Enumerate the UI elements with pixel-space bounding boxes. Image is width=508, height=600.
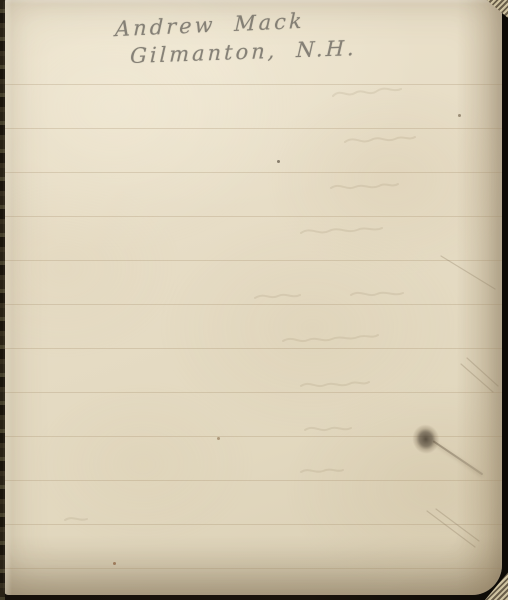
notebook-page: Andrew Mack Gilmanton, N.H.: [3, 0, 502, 595]
notebook-scan: Andrew Mack Gilmanton, N.H.: [0, 0, 508, 600]
binding-edge-left: [0, 0, 5, 600]
vignette-shading: [3, 0, 502, 595]
